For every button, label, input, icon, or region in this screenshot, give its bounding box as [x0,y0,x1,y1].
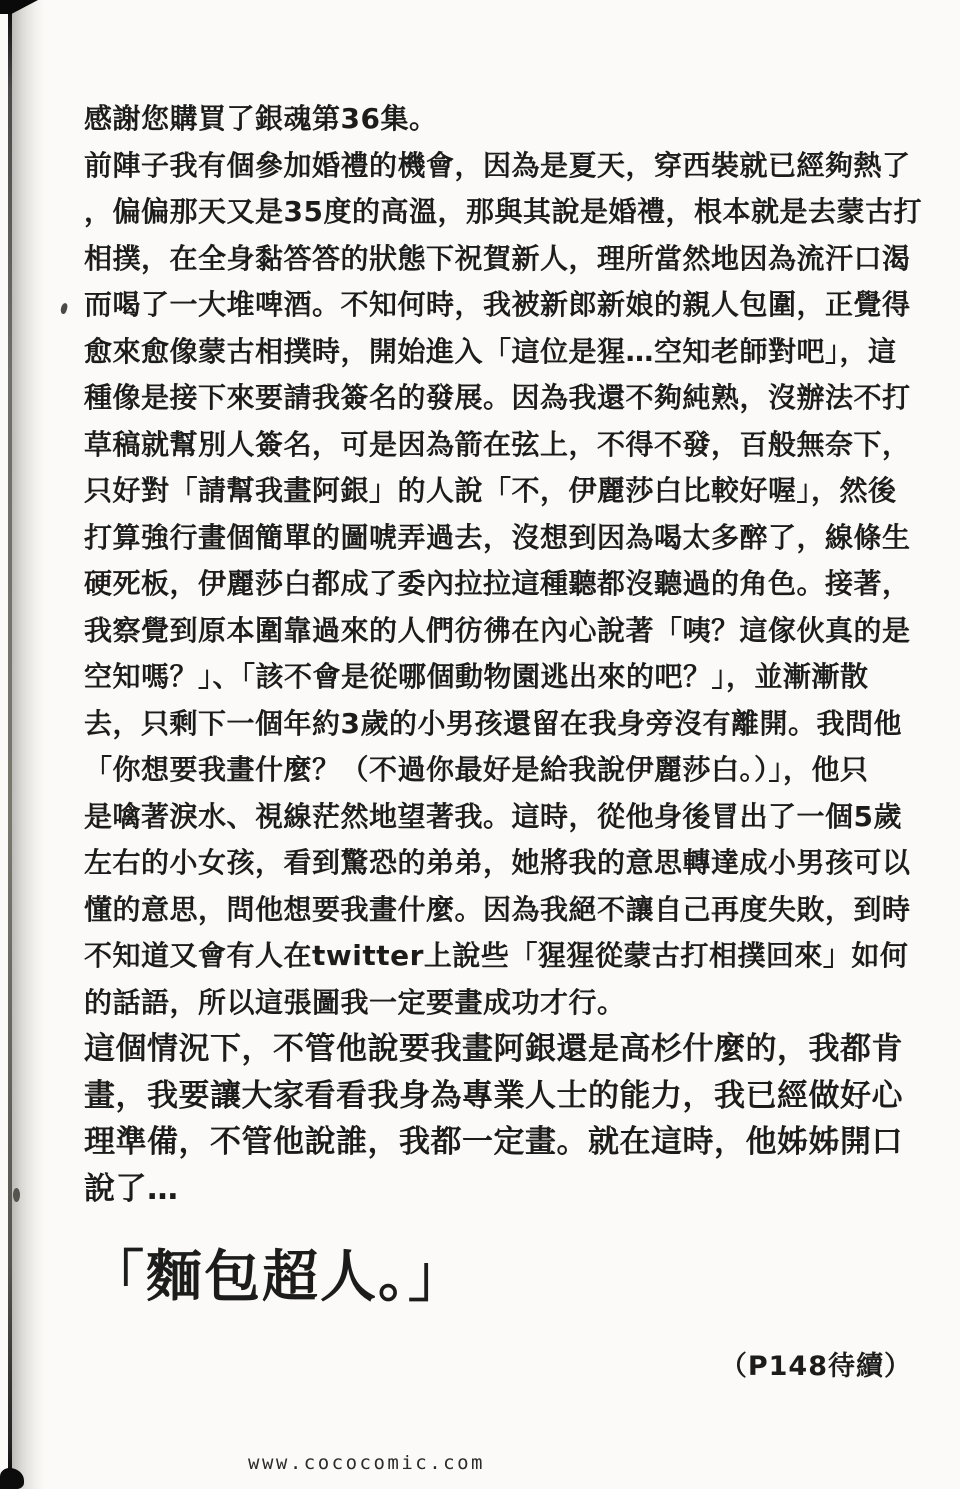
text-line: 空知嗎？」、「該不會是從哪個動物園逃出來的吧？」，並漸漸散 [84,654,920,701]
text-line: 去，只剩下一個年約3歲的小男孩還留在我身旁沒有離開。我問他 [84,701,920,748]
scanned-page: 感謝您購買了銀魂第36集。前陣子我有個參加婚禮的機會，因為是夏天，穿西裝就已經夠… [0,0,960,1489]
continuation-note: （P148待續） [720,1344,912,1383]
text-line: 硬死板，伊麗莎白都成了委內拉拉這種聽都沒聽過的角色。接著， [84,561,920,608]
text-line: 打算強行畫個簡單的圖唬弄過去，沒想到因為喝太多醉了，線條生 [84,515,920,562]
text-line: 草稿就幫別人簽名，可是因為箭在弦上，不得不發，百般無奈下， [84,422,920,469]
text-line: 不知道又會有人在twitter上說些「猩猩從蒙古打相撲回來」如何 [84,933,920,980]
text-line: 而喝了一大堆啤酒。不知何時，我被新郎新娘的親人包圍，正覺得 [84,282,920,329]
text-line: ，偏偏那天又是35度的高溫，那與其說是婚禮，根本就是去蒙古打 [84,189,920,236]
punchline: 「麵包超人。」 [88,1238,466,1318]
text-line: 前陣子我有個參加婚禮的機會，因為是夏天，穿西裝就已經夠熱了 [84,143,920,190]
text-line: 畫，我要讓大家看看我身為專業人士的能力，我已經做好心 [84,1073,920,1120]
text-line: 理準備，不管他說誰，我都一定畫。就在這時，他姊姊開口 [84,1119,920,1166]
text-line: 說了… [84,1166,920,1213]
scan-speck [13,1188,20,1202]
scan-speck [59,302,68,314]
binding-shadow [11,0,45,1489]
binding-crease-line [8,0,12,1489]
text-line: 這個情況下，不管他說要我畫阿銀還是高杉什麼的，我都肯 [84,1026,920,1073]
text-line: 感謝您購買了銀魂第36集。 [84,96,920,143]
text-line: 只好對「請幫我畫阿銀」的人說「不，伊麗莎白比較好喔」，然後 [84,468,920,515]
text-line: 是噙著淚水、視線茫然地望著我。這時，從他身後冒出了一個5歲 [84,794,920,841]
text-line: 我察覺到原本圍靠過來的人們彷彿在內心說著「咦？這傢伙真的是 [84,608,920,655]
afterword-lines: 感謝您購買了銀魂第36集。前陣子我有個參加婚禮的機會，因為是夏天，穿西裝就已經夠… [84,96,920,1212]
text-line: 相撲，在全身黏答答的狀態下祝賀新人，理所當然地因為流汗口渴 [84,236,920,283]
text-line: 種像是接下來要請我簽名的發展。因為我還不夠純熟，沒辦法不打 [84,375,920,422]
text-line: 懂的意思，問他想要我畫什麼。因為我絕不讓自己再度失敗，到時 [84,887,920,934]
text-line: 的話語，所以這張圖我一定要畫成功才行。 [84,980,920,1027]
text-line: 「你想要我畫什麼？（不過你最好是給我說伊麗莎白。）」，他只 [84,747,920,794]
text-line: 愈來愈像蒙古相撲時，開始進入「這位是猩…空知老師對吧」，這 [84,329,920,376]
watermark-url: www.cococomic.com [248,1452,485,1474]
text-line: 左右的小女孩，看到驚恐的弟弟，她將我的意思轉達成小男孩可以 [84,840,920,887]
